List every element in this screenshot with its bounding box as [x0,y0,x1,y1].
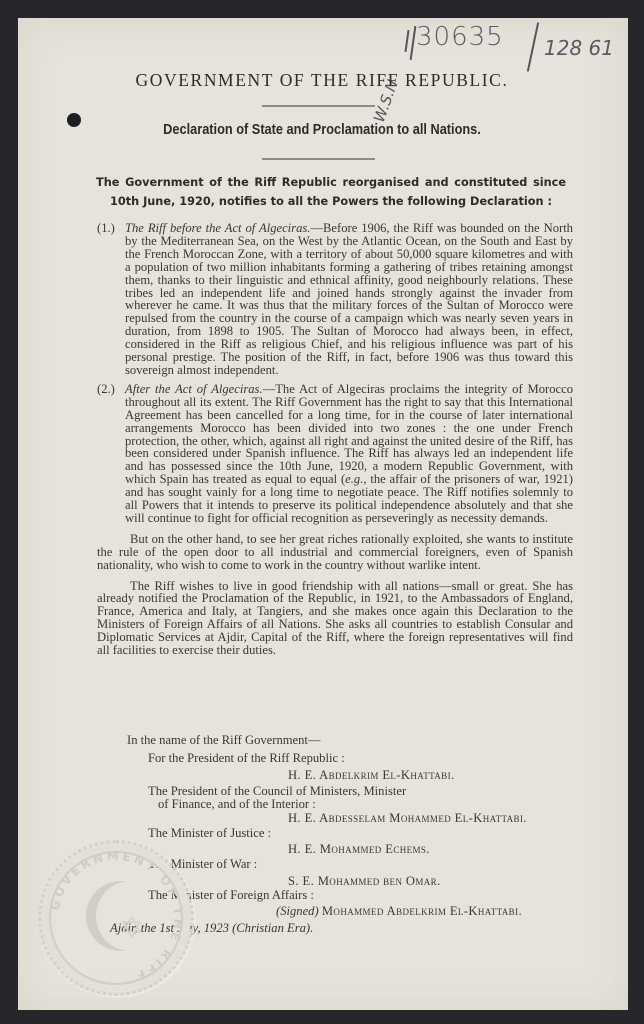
archive-sub-number: 128 61 [544,36,614,60]
document-title: GOVERNMENT OF THE RIFF REPUBLIC. [0,70,644,91]
paragraph-open-door: But on the other hand, to see her great … [97,533,573,572]
signatory-name: H. E. Abdesselam Mohammed El-Khattabi. [288,811,527,826]
section-number: (2.) [97,383,115,396]
document-subtitle: Declaration of State and Proclamation to… [39,122,606,138]
archive-reference-number: 30635 [416,22,504,52]
declaration-body: (1.) The Riff before the Act of Algecira… [97,222,573,657]
divider-rule [262,158,375,160]
signatory-name: S. E. Mohammed ben Omar. [288,874,441,889]
eg-abbrev: e.g. [345,472,363,486]
paragraph-friendship: The Riff wishes to live in good friendsh… [97,580,573,657]
signed-label: (Signed) [276,904,319,918]
intro-statement: The Government of the Riff Republic reor… [96,173,566,211]
signatory-signed-line: (Signed) Mohammed Abdelkrim El-Khattabi. [276,904,522,919]
signatory-name: H. E. Abdelkrim El-Khattabi. [288,768,455,783]
section-text: —Before 1906, the Riff was bounded on th… [125,221,573,377]
signatory-role-cont: of Finance, and of the Interior : [158,797,316,812]
signatory-role: The Minister of Justice : [148,826,271,841]
section-heading: After the Act of Algeciras. [125,382,263,396]
signatory-name: H. E. Mohammed Echems. [288,842,430,857]
section-heading: The Riff before the Act of Algeciras. [125,221,310,235]
divider-rule [262,105,375,107]
svg-text:GOVERNMENT OF THE RIFF: GOVERNMENT OF THE RIFF [47,849,185,984]
signatory-role: For the President of the Riff Republic : [148,751,345,766]
seal-ring-text: GOVERNMENT OF THE RIFF [41,843,191,993]
section-2: (2.) After the Act of Algeciras.—The Act… [97,383,573,525]
signature-opening: In the name of the Riff Government— [127,733,321,748]
signatory-name: Mohammed Abdelkrim El-Khattabi. [322,904,522,918]
section-1: (1.) The Riff before the Act of Algecira… [97,222,573,377]
section-number: (1.) [97,222,115,235]
section-text: —The Act of Algeciras proclaims the inte… [125,382,573,486]
embossed-seal: ✡ GOVERNMENT OF THE RIFF [38,840,194,996]
